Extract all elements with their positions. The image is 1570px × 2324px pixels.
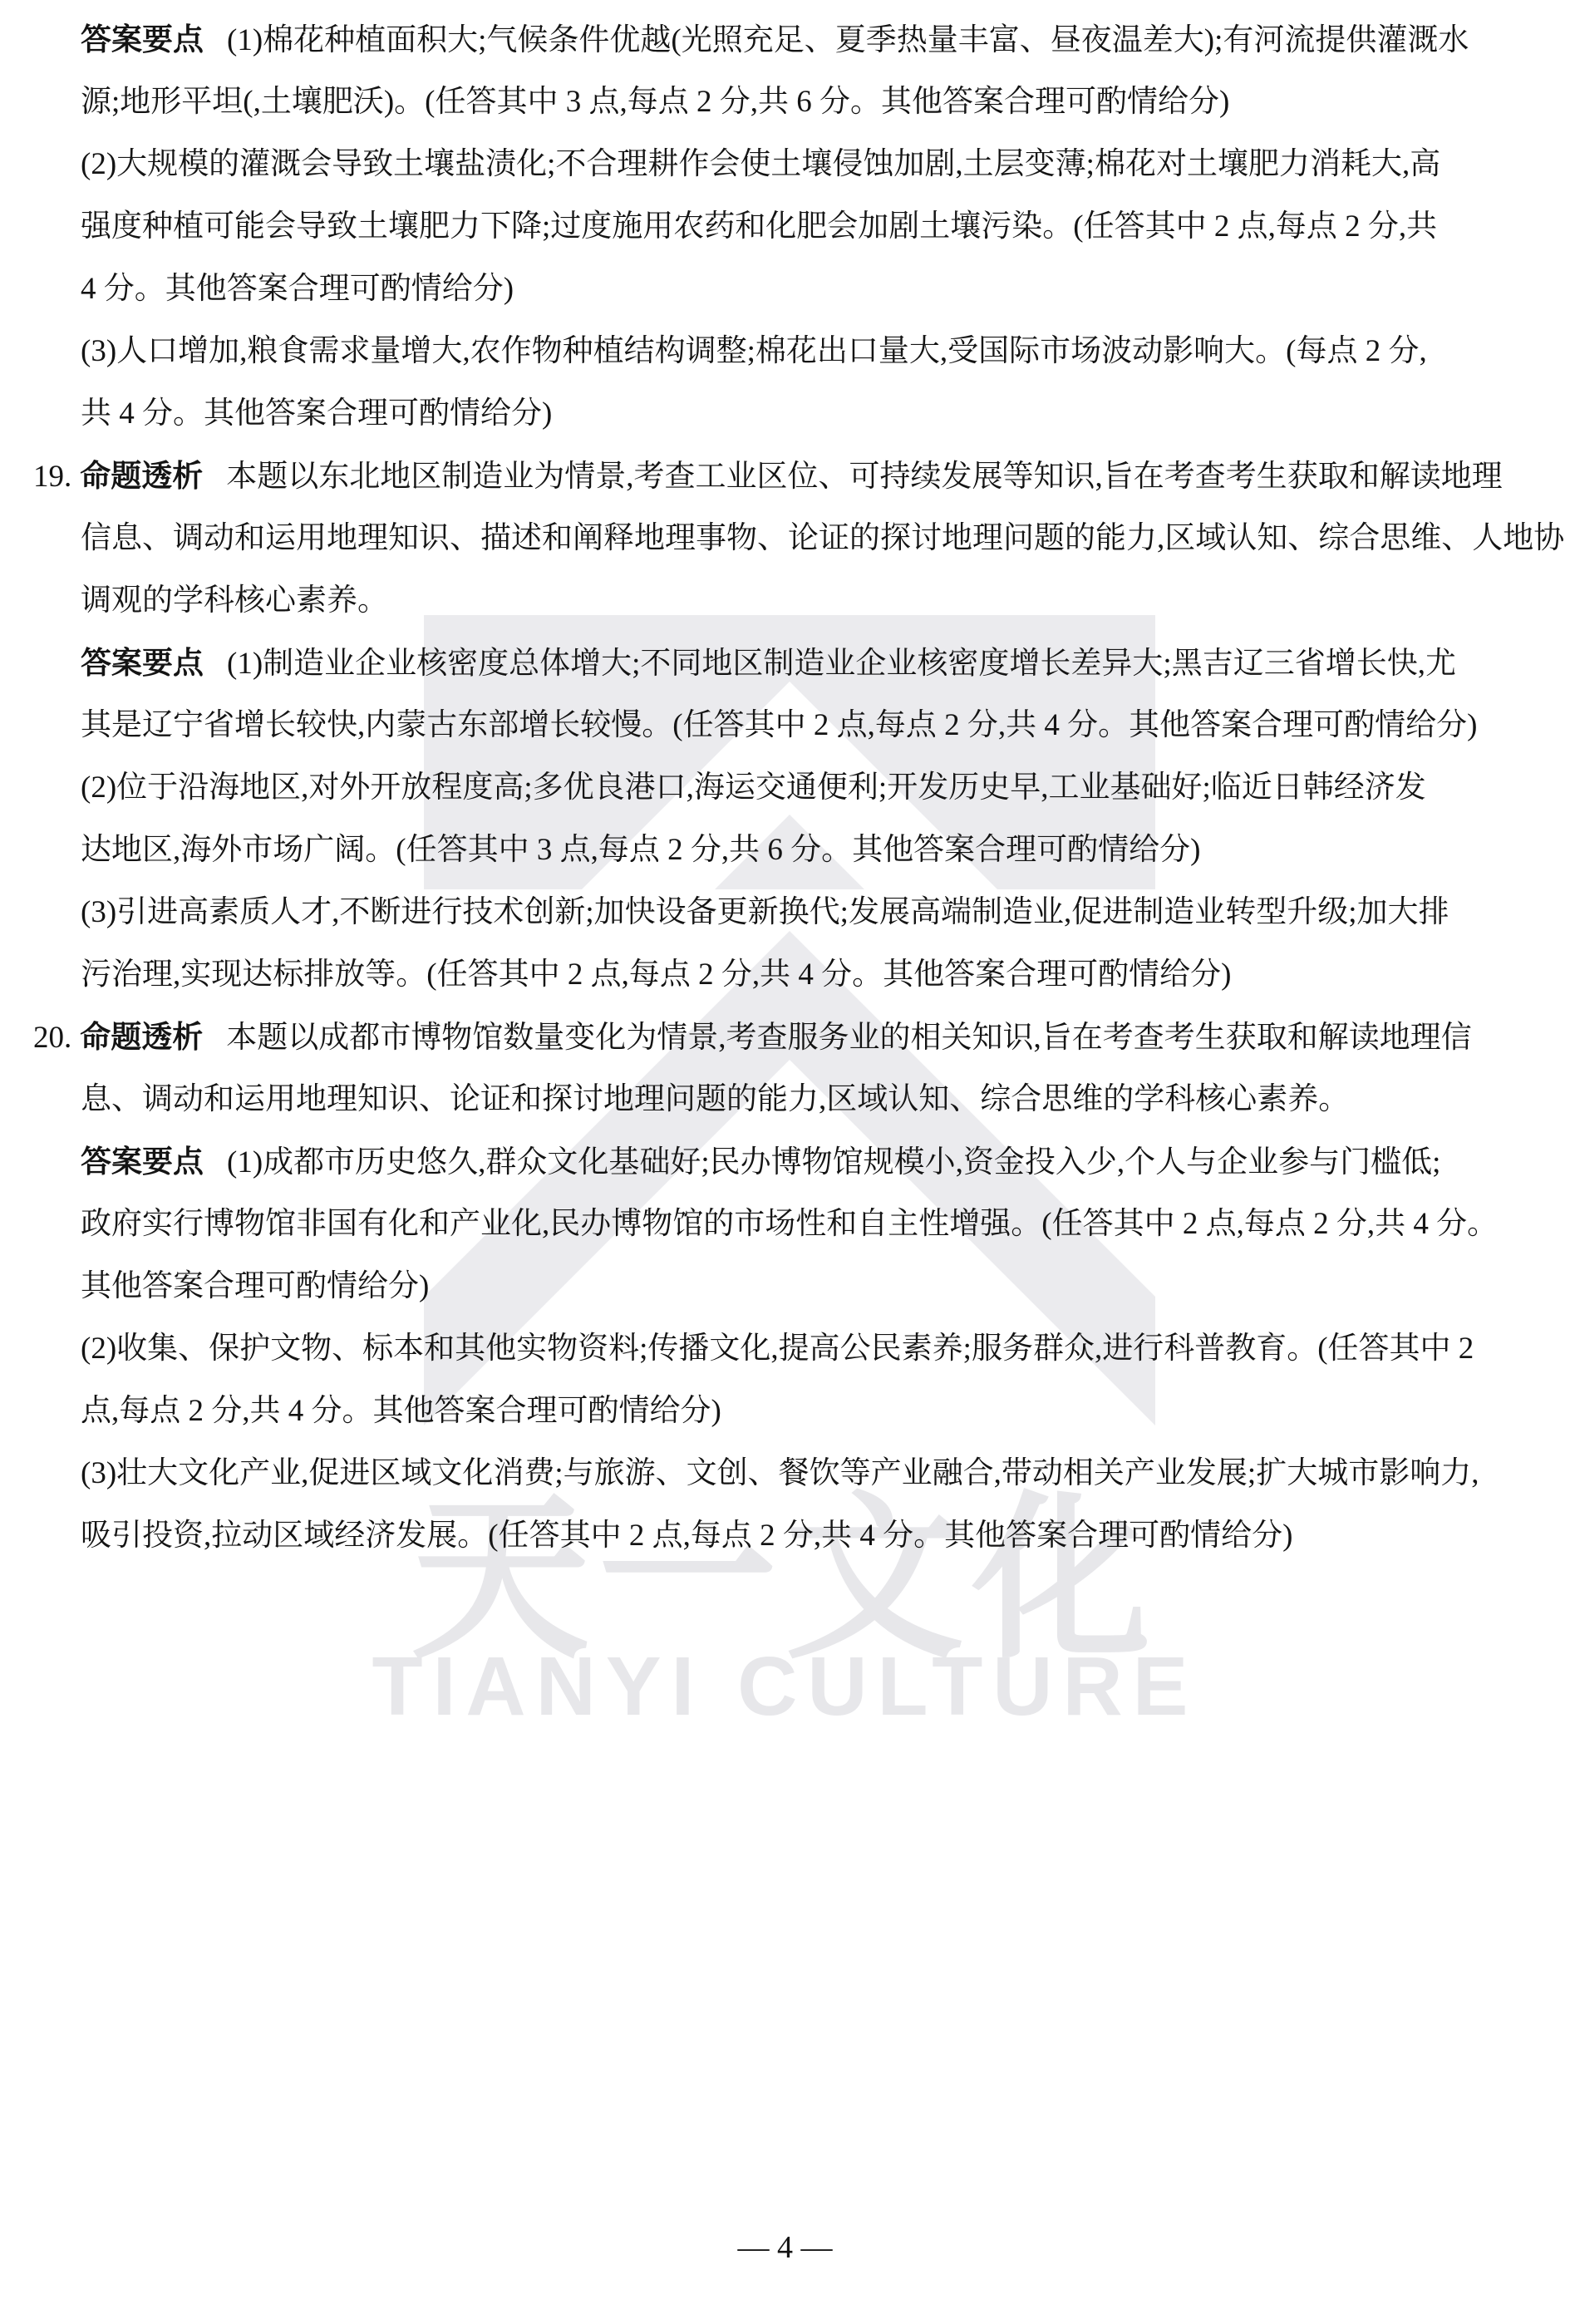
- text-line: (2)收集、保护文物、标本和其他实物资料;传播文化,提高公民素养;服务群众,进行…: [81, 1329, 1552, 1369]
- page-number: — 4 —: [0, 2229, 1570, 2266]
- text-line: 4 分。其他答案合理可酌情给分): [81, 269, 1552, 309]
- text-line: 20.命题透析本题以成都市博物馆数量变化为情景,考查服务业的相关知识,旨在考查考…: [33, 1017, 1504, 1058]
- line-text: 吸引投资,拉动区域经济发展。(任答其中 2 点,每点 2 分,共 4 分。其他答…: [81, 1519, 1292, 1553]
- line-text: 本题以东北地区制造业为情景,考查工业区位、可持续发展等知识,旨在考查考生获取和解…: [226, 460, 1503, 494]
- text-line: (2)大规模的灌溉会导致土壤盐渍化;不合理耕作会使土壤侵蚀加剧,土层变薄;棉花对…: [81, 145, 1552, 185]
- line-text: 4 分。其他答案合理可酌情给分): [81, 272, 514, 306]
- text-line: 信息、调动和运用地理知识、描述和阐释地理事物、论证的探讨地理问题的能力,区域认知…: [81, 519, 1552, 559]
- text-line: 强度种植可能会导致土壤肥力下降;过度施用农药和化肥会加剧土壤污染。(任答其中 2…: [81, 207, 1552, 247]
- text-line: 点,每点 2 分,共 4 分。其他答案合理可酌情给分): [81, 1391, 1552, 1431]
- section-label: 命题透析: [80, 1020, 203, 1054]
- text-line: (3)人口增加,粮食需求量增大,农作物种植结构调整;棉花出口量大,受国际市场波动…: [81, 332, 1552, 372]
- text-line: 源;地形平坦(,土壤肥沃)。(任答其中 3 点,每点 2 分,共 6 分。其他答…: [81, 82, 1552, 122]
- line-text: 本题以成都市博物馆数量变化为情景,考查服务业的相关知识,旨在考查考生获取和解读地…: [226, 1021, 1472, 1055]
- text-line: 答案要点(1)成都市历史悠久,群众文化基础好;民办博物馆规模小,资金投入少,个人…: [81, 1142, 1552, 1183]
- text-line: 调观的学科核心素养。: [81, 581, 1552, 621]
- line-text: 信息、调动和运用地理知识、描述和阐释地理事物、论证的探讨地理问题的能力,区域认知…: [81, 521, 1564, 555]
- line-text: 源;地形平坦(,土壤肥沃)。(任答其中 3 点,每点 2 分,共 6 分。其他答…: [81, 85, 1229, 119]
- line-text: (2)大规模的灌溉会导致土壤盐渍化;不合理耕作会使土壤侵蚀加剧,土层变薄;棉花对…: [81, 147, 1440, 181]
- line-text: 调观的学科核心素养。: [81, 583, 388, 618]
- line-text: (1)制造业企业核密度总体增大;不同地区制造业企业核密度增长差异大;黑吉辽三省增…: [227, 647, 1456, 681]
- line-text: 其是辽宁省增长较快,内蒙古东部增长较慢。(任答其中 2 点,每点 2 分,共 4…: [81, 708, 1477, 742]
- line-text: (3)壮大文化产业,促进区域文化消费;与旅游、文创、餐饮等产业融合,带动相关产业…: [81, 1456, 1479, 1490]
- text-line: (2)位于沿海地区,对外开放程度高;多优良港口,海运交通便利;开发历史早,工业基…: [81, 768, 1552, 808]
- line-text: 达地区,海外市场广阔。(任答其中 3 点,每点 2 分,共 6 分。其他答案合理…: [81, 833, 1200, 867]
- text-line: 其是辽宁省增长较快,内蒙古东部增长较慢。(任答其中 2 点,每点 2 分,共 4…: [81, 706, 1552, 746]
- line-text: (1)成都市历史悠久,群众文化基础好;民办博物馆规模小,资金投入少,个人与企业参…: [227, 1145, 1440, 1179]
- text-line: (3)引进高素质人才,不断进行技术创新;加快设备更新换代;发展高端制造业,促进制…: [81, 893, 1552, 933]
- text-line: 达地区,海外市场广阔。(任答其中 3 点,每点 2 分,共 6 分。其他答案合理…: [81, 830, 1552, 870]
- line-text: 污治理,实现达标排放等。(任答其中 2 点,每点 2 分,共 4 分。其他答案合…: [81, 958, 1231, 992]
- text-line: 其他答案合理可酌情给分): [81, 1267, 1552, 1307]
- section-label: 命题透析: [80, 459, 203, 493]
- line-text: 点,每点 2 分,共 4 分。其他答案合理可酌情给分): [81, 1394, 721, 1428]
- line-text: 政府实行博物馆非国有化和产业化,民办博物馆的市场性和自主性增强。(任答其中 2 …: [81, 1207, 1498, 1241]
- text-line: 答案要点(1)棉花种植面积大;气候条件优越(光照充足、夏季热量丰富、昼夜温差大)…: [81, 20, 1552, 61]
- item-number: 19.: [33, 460, 71, 494]
- line-text: 息、调动和运用地理知识、论证和探讨地理问题的能力,区域认知、综合思维的学科核心素…: [81, 1082, 1349, 1116]
- section-label: 答案要点: [81, 1145, 204, 1179]
- text-line: 政府实行博物馆非国有化和产业化,民办博物馆的市场性和自主性增强。(任答其中 2 …: [81, 1204, 1552, 1244]
- text-line: (3)壮大文化产业,促进区域文化消费;与旅游、文创、餐饮等产业融合,带动相关产业…: [81, 1454, 1552, 1494]
- section-label: 答案要点: [81, 22, 204, 57]
- section-label: 答案要点: [81, 646, 204, 680]
- line-text: (2)收集、保护文物、标本和其他实物资料;传播文化,提高公民素养;服务群众,进行…: [81, 1332, 1474, 1366]
- text-line: 19.命题透析本题以东北地区制造业为情景,考查工业区位、可持续发展等知识,旨在考…: [33, 456, 1504, 497]
- item-number: 20.: [33, 1021, 71, 1055]
- line-text: (1)棉花种植面积大;气候条件优越(光照充足、夏季热量丰富、昼夜温差大);有河流…: [227, 23, 1469, 57]
- answer-key-page: 答案要点(1)棉花种植面积大;气候条件优越(光照充足、夏季热量丰富、昼夜温差大)…: [0, 0, 1570, 2324]
- line-text: (3)人口增加,粮食需求量增大,农作物种植结构调整;棉花出口量大,受国际市场波动…: [81, 334, 1427, 368]
- text-line: 息、调动和运用地理知识、论证和探讨地理问题的能力,区域认知、综合思维的学科核心素…: [81, 1080, 1552, 1120]
- line-text: 其他答案合理可酌情给分): [81, 1269, 429, 1303]
- line-text: (2)位于沿海地区,对外开放程度高;多优良港口,海运交通便利;开发历史早,工业基…: [81, 771, 1426, 805]
- text-line: 吸引投资,拉动区域经济发展。(任答其中 2 点,每点 2 分,共 4 分。其他答…: [81, 1516, 1552, 1556]
- text-line: 答案要点(1)制造业企业核密度总体增大;不同地区制造业企业核密度增长差异大;黑吉…: [81, 643, 1552, 684]
- line-text: (3)引进高素质人才,不断进行技术创新;加快设备更新换代;发展高端制造业,促进制…: [81, 895, 1449, 929]
- line-text: 共 4 分。其他答案合理可酌情给分): [81, 396, 552, 431]
- text-line: 共 4 分。其他答案合理可酌情给分): [81, 394, 1552, 434]
- line-text: 强度种植可能会导致土壤肥力下降;过度施用农药和化肥会加剧土壤污染。(任答其中 2…: [81, 209, 1437, 244]
- text-line: 污治理,实现达标排放等。(任答其中 2 点,每点 2 分,共 4 分。其他答案合…: [81, 955, 1552, 995]
